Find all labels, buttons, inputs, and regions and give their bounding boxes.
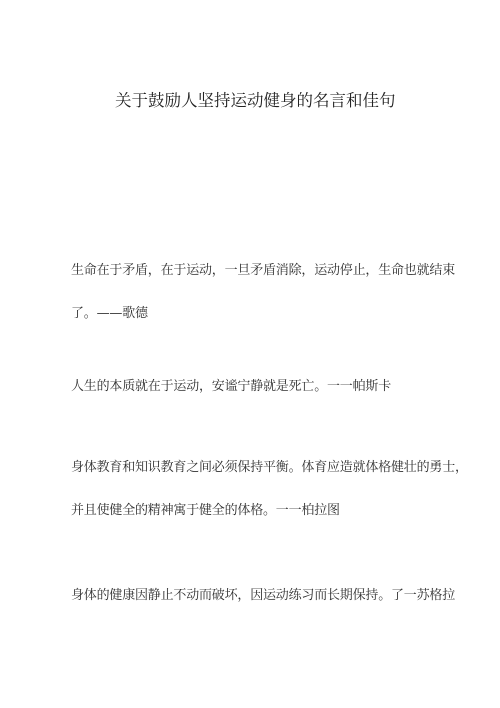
quote-line: 了。——歌德: [71, 306, 148, 322]
quote-line: 身体教育和知识教育之间必须保持平衡。体育应造就体格健壮的勇士，: [71, 460, 468, 476]
quote-line: 人生的本质就在于运动，安谧宁静就是死亡。一一帕斯卡: [71, 379, 391, 395]
quote-line: 并且使健全的精神寓于健全的体格。一一柏拉图: [71, 503, 340, 519]
quote-line: 生命在于矛盾，在于运动，一旦矛盾消除，运动停止，生命也就结束: [71, 263, 455, 279]
quote-line: 身体的健康因静止不动而破坏，因运动练习而长期保持。了一苏格拉: [71, 588, 455, 604]
document-title: 关于鼓励人坚持运动健身的名言和佳句: [115, 91, 396, 111]
